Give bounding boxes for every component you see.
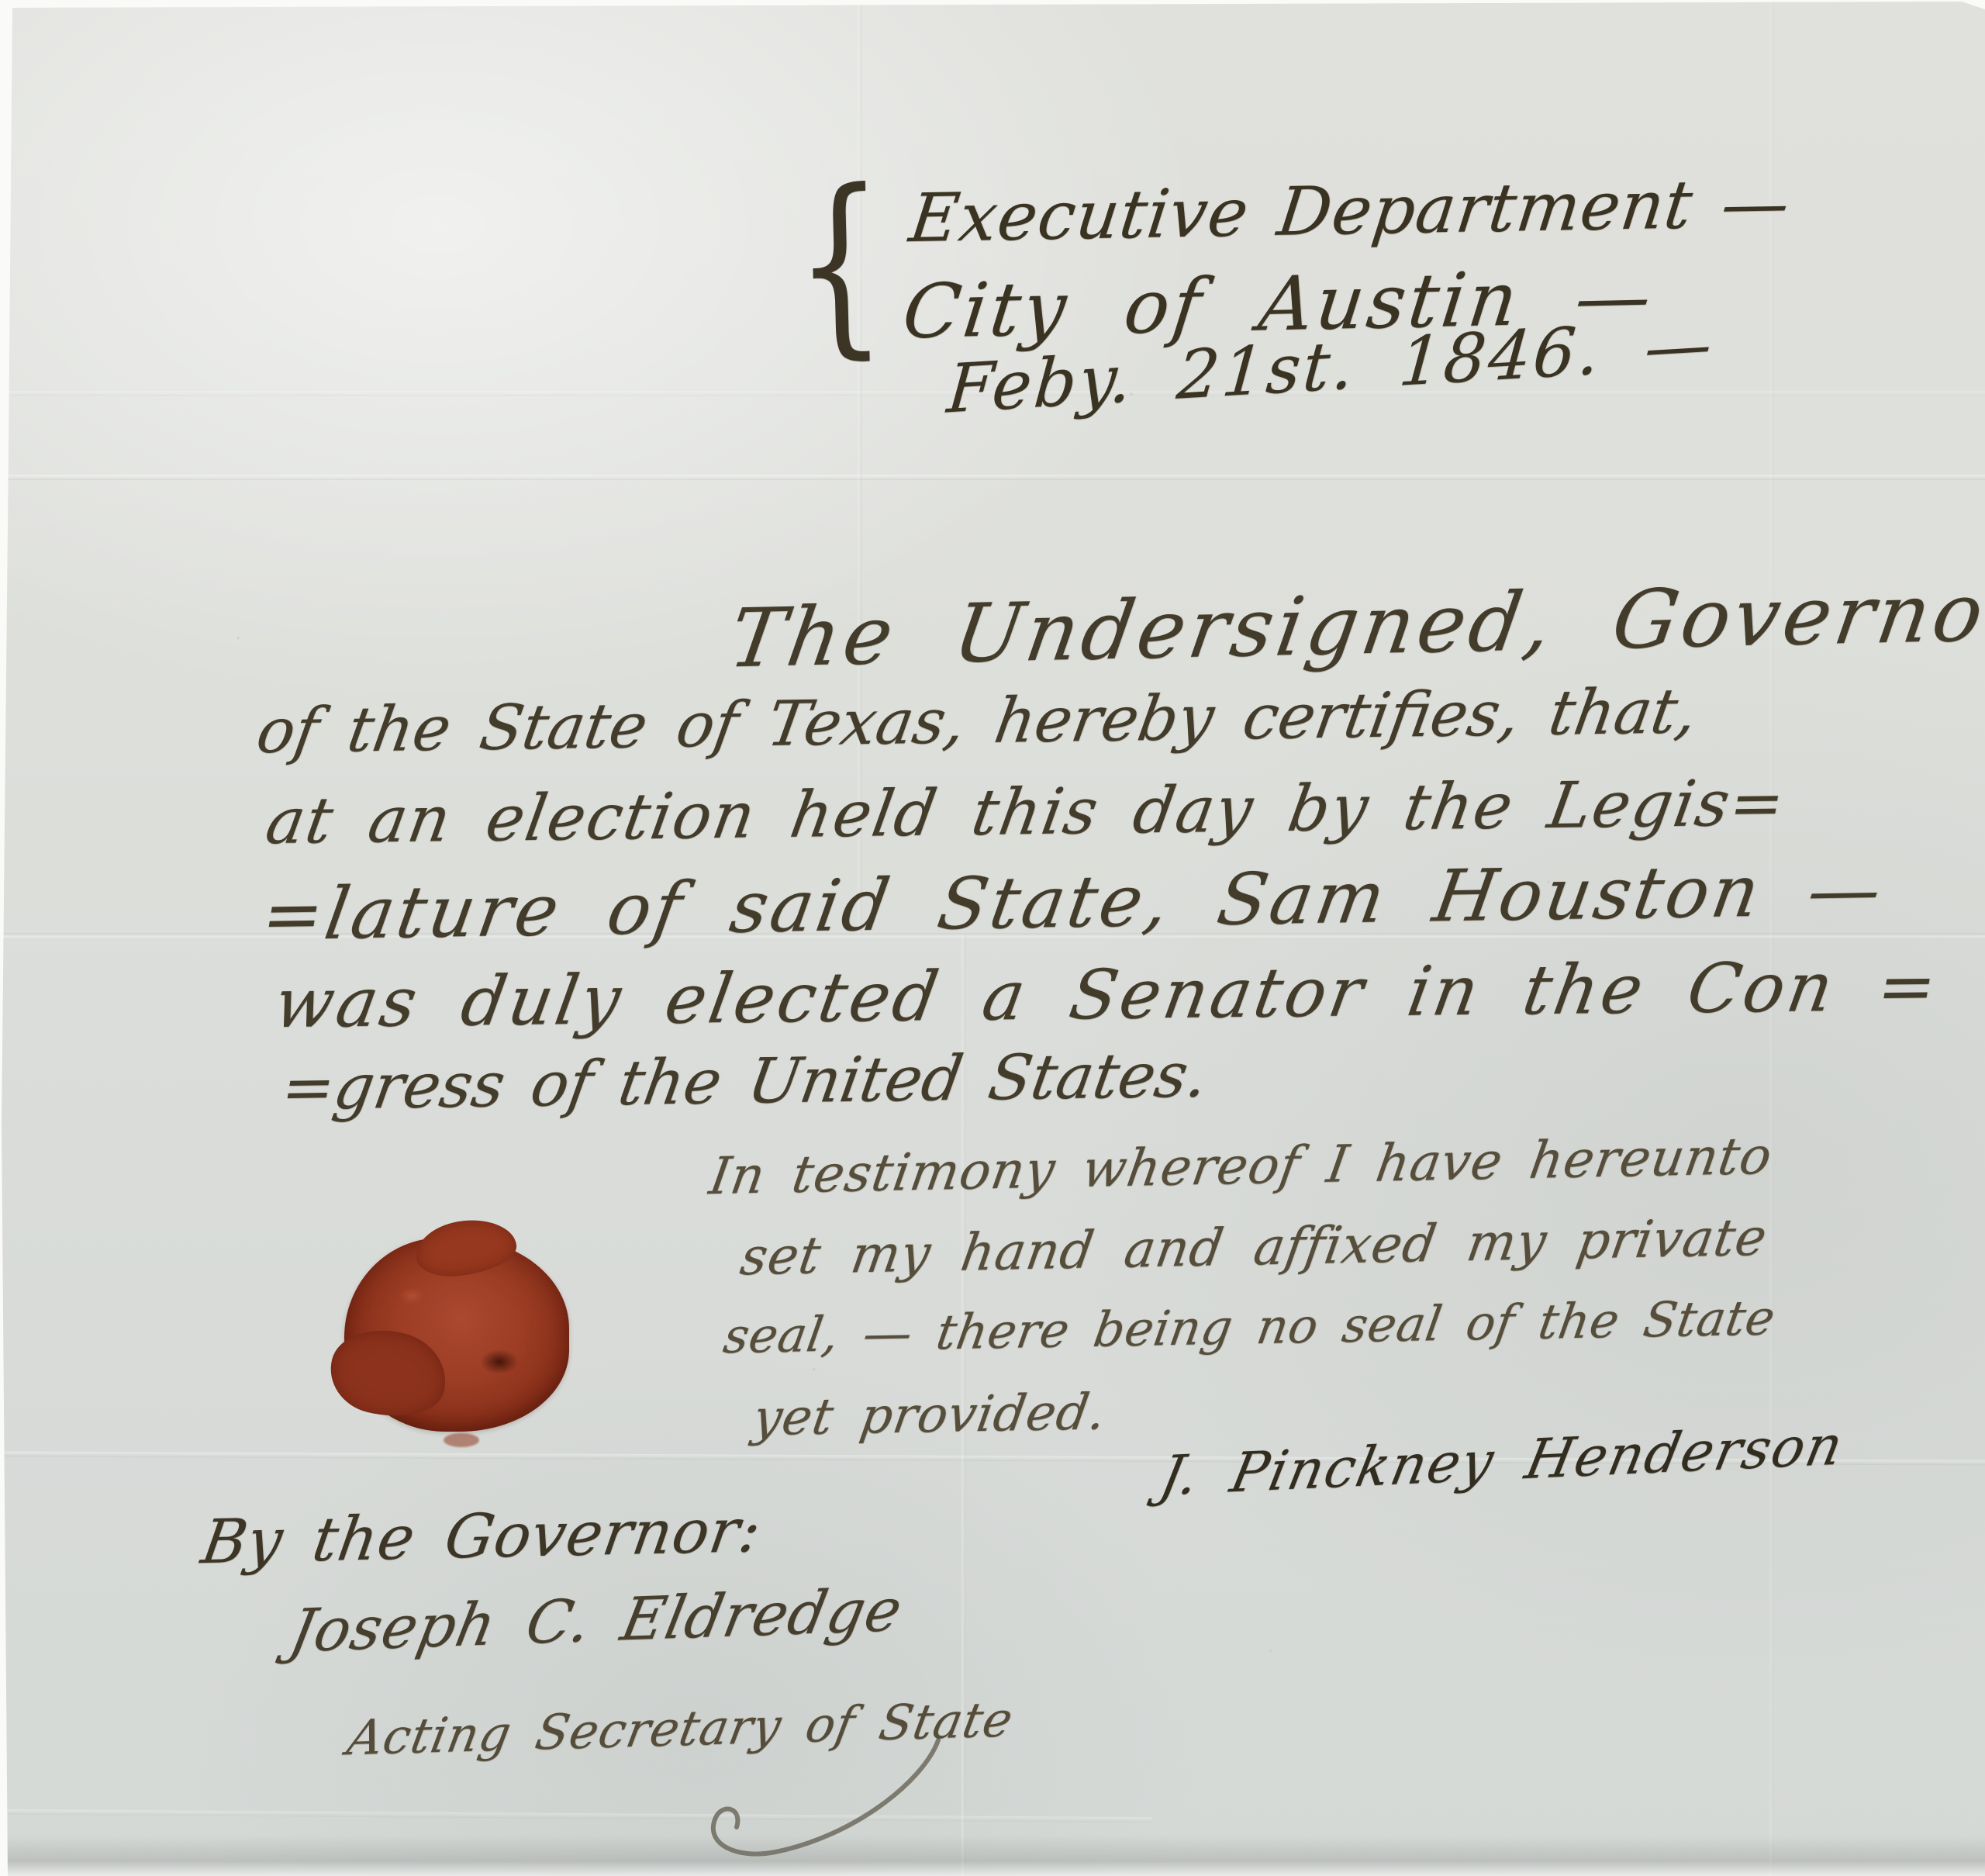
scanned-document: { Executive Department — City of Austin … <box>0 0 1985 1876</box>
header-department-line: Executive Department — <box>906 164 1794 257</box>
fold-crease-horizontal-2 <box>0 475 1985 480</box>
body-line-5: was duly elected a Senator in the Con = <box>269 946 1945 1044</box>
pen-flourish <box>682 1736 992 1872</box>
body-line-1: The Undersigned, Governor <box>723 564 1985 686</box>
fold-crease-vertical-3 <box>1769 0 1774 1876</box>
paper-sheet: { Executive Department — City of Austin … <box>0 0 1985 1876</box>
secretary-signature: Joseph C. Eldredge <box>285 1575 909 1666</box>
body-line-6: =gress of the United States. <box>277 1038 1213 1124</box>
body-line-3: at an election held this day by the Legi… <box>261 766 1791 859</box>
body-line-2: of the State of Texas, hereby certifies,… <box>252 675 1703 767</box>
body-line-4: =lature of said State, Sam Houston — <box>257 848 1890 956</box>
testimony-line-1: In testimony whereof I have hereunto <box>706 1126 1776 1207</box>
testimony-line-4: yet provided. <box>749 1384 1110 1447</box>
wax-seal-smudge <box>444 1433 479 1447</box>
wax-seal <box>344 1238 569 1432</box>
fold-crease-horizontal-5 <box>0 1809 1151 1822</box>
secretary-title: Acting Secretary of State <box>343 1691 1018 1766</box>
header-brace: { <box>792 147 888 378</box>
testimony-line-3: seal, — there being no seal of the State <box>720 1289 1779 1364</box>
governor-signature: J. Pinckney Henderson <box>1155 1413 1849 1508</box>
testimony-line-2: set my hand and affixed my private <box>737 1207 1772 1287</box>
attestation-by-line: By the Governor: <box>197 1496 766 1577</box>
